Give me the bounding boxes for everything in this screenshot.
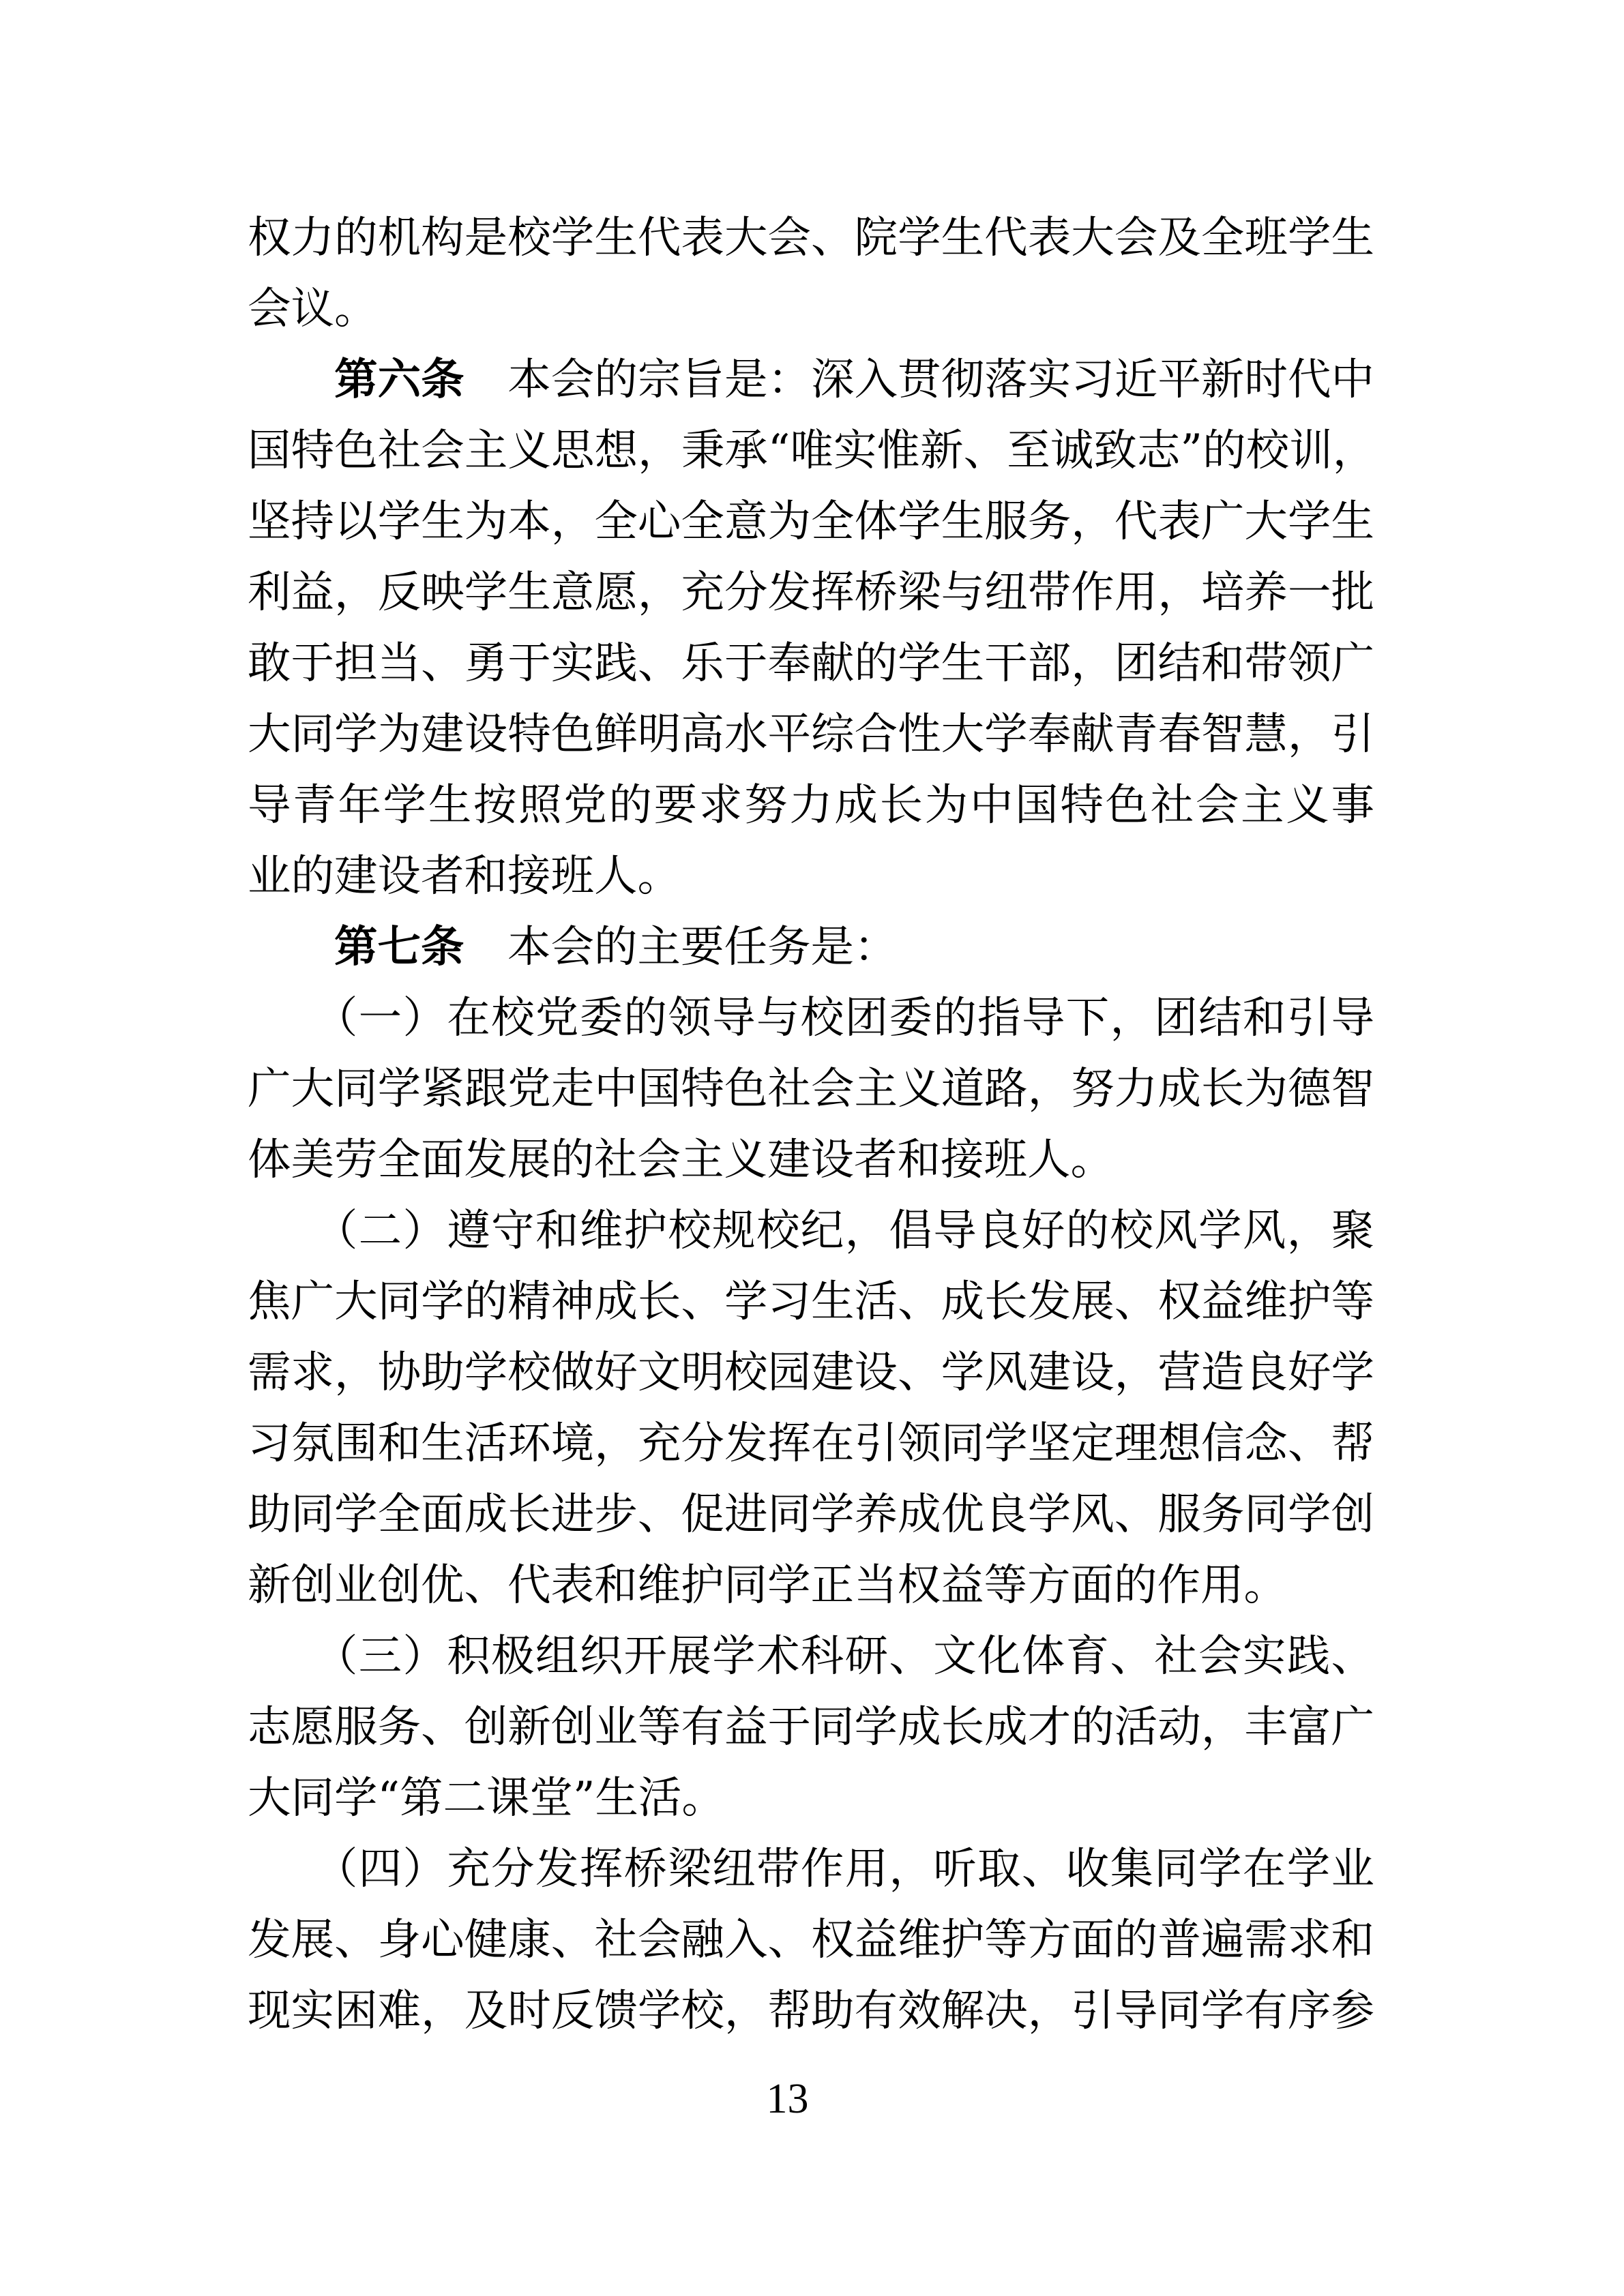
text-segment: 现实困难，及时反馈学校，帮助有效解决，引导同学有序参 [248, 1985, 1374, 2036]
text-segment: 志愿服务、创新创业等有益于同学成长成才的活动，丰富广 [248, 1701, 1374, 1752]
text-line: 坚持以学生为本，全心全意为全体学生服务，代表广大学生 [248, 486, 1374, 556]
text-segment: 需求，协助学校做好文明校园建设、学风建设，营造良好学 [248, 1347, 1374, 1397]
text-segment: 发展、身心健康、社会融入、权益维护等方面的普遍需求和 [248, 1914, 1374, 1965]
page-number: 13 [0, 2074, 1575, 2123]
text-line: 发展、身心健康、社会融入、权益维护等方面的普遍需求和 [248, 1904, 1374, 1975]
text-line: （二）遵守和维护校规校纪，倡导良好的校风学风，聚 [248, 1195, 1374, 1266]
text-segment: 业的建设者和接班人。 [248, 850, 681, 901]
text-segment: （二）遵守和维护校规校纪，倡导良好的校风学风，聚 [248, 1205, 1374, 1255]
article-number-heading: 第六条 [334, 353, 464, 404]
text-segment [248, 354, 334, 404]
document-body: 权力的机构是校学生代表大会、院学生代表大会及全班学生会议。 第六条 本会的宗旨是… [248, 202, 1374, 2046]
text-line: 敢于担当、勇于实践、乐于奉献的学生干部，团结和带领广 [248, 627, 1374, 698]
text-segment: （一）在校党委的领导与校团委的指导下，团结和引导 [248, 992, 1374, 1043]
text-segment: （三）积极组织开展学术科研、文化体育、社会实践、 [248, 1630, 1374, 1681]
text-segment [248, 921, 334, 972]
document-page: 权力的机构是校学生代表大会、院学生代表大会及全班学生会议。 第六条 本会的宗旨是… [0, 0, 1624, 2296]
text-segment: 会议。 [248, 283, 378, 333]
text-line: 大同学“第二课堂”生活。 [248, 1762, 1374, 1833]
text-line: 助同学全面成长进步、促进同学养成优良学风、服务同学创 [248, 1478, 1374, 1549]
text-line: 焦广大同学的精神成长、学习生活、成长发展、权益维护等 [248, 1266, 1374, 1337]
text-line: （三）积极组织开展学术科研、文化体育、社会实践、 [248, 1620, 1374, 1691]
text-line: 利益，反映学生意愿，充分发挥桥梁与纽带作用，培养一批 [248, 556, 1374, 627]
text-line: 第七条 本会的主要任务是： [248, 911, 1374, 982]
text-line: 新创业创优、代表和维护同学正当权益等方面的作用。 [248, 1549, 1374, 1620]
text-line: 需求，协助学校做好文明校园建设、学风建设，营造良好学 [248, 1337, 1374, 1407]
text-segment: 体美劳全面发展的社会主义建设者和接班人。 [248, 1134, 1114, 1184]
text-line: 第六条 本会的宗旨是：深入贯彻落实习近平新时代中 [248, 344, 1374, 415]
text-segment: 本会的宗旨是：深入贯彻落实习近平新时代中 [464, 354, 1374, 404]
text-segment: （四）充分发挥桥梁纽带作用，听取、收集同学在学业 [248, 1843, 1374, 1894]
text-segment: 习氛围和生活环境，充分发挥在引领同学坚定理想信念、帮 [248, 1418, 1374, 1468]
text-segment: 敢于担当、勇于实践、乐于奉献的学生干部，团结和带领广 [248, 638, 1374, 688]
text-segment: 坚持以学生为本，全心全意为全体学生服务，代表广大学生 [248, 496, 1374, 546]
text-segment: 权力的机构是校学生代表大会、院学生代表大会及全班学生 [248, 212, 1374, 263]
text-line: 志愿服务、创新创业等有益于同学成长成才的活动，丰富广 [248, 1691, 1374, 1762]
text-segment: 助同学全面成长进步、促进同学养成优良学风、服务同学创 [248, 1489, 1374, 1539]
text-segment: 大同学为建设特色鲜明高水平综合性大学奉献青春智慧，引 [248, 709, 1374, 759]
text-segment: 焦广大同学的精神成长、学习生活、成长发展、权益维护等 [248, 1276, 1374, 1326]
text-line: 大同学为建设特色鲜明高水平综合性大学奉献青春智慧，引 [248, 698, 1374, 769]
text-line: 会议。 [248, 273, 1374, 344]
text-segment: 本会的主要任务是： [464, 921, 898, 972]
text-segment: 国特色社会主义思想，秉承“唯实惟新、至诚致志”的校训， [248, 425, 1374, 475]
text-segment: 大同学“第二课堂”生活。 [248, 1772, 725, 1823]
text-line: （一）在校党委的领导与校团委的指导下，团结和引导 [248, 982, 1374, 1053]
text-line: 业的建设者和接班人。 [248, 840, 1374, 911]
text-line: 现实困难，及时反馈学校，帮助有效解决，引导同学有序参 [248, 1975, 1374, 2046]
text-segment: 广大同学紧跟党走中国特色社会主义道路，努力成长为德智 [248, 1063, 1374, 1114]
text-line: （四）充分发挥桥梁纽带作用，听取、收集同学在学业 [248, 1833, 1374, 1904]
text-line: 导青年学生按照党的要求努力成长为中国特色社会主义事 [248, 769, 1374, 840]
text-line: 体美劳全面发展的社会主义建设者和接班人。 [248, 1124, 1374, 1195]
text-segment: 新创业创优、代表和维护同学正当权益等方面的作用。 [248, 1560, 1287, 1610]
text-line: 国特色社会主义思想，秉承“唯实惟新、至诚致志”的校训， [248, 415, 1374, 486]
text-line: 习氛围和生活环境，充分发挥在引领同学坚定理想信念、帮 [248, 1407, 1374, 1478]
text-segment: 导青年学生按照党的要求努力成长为中国特色社会主义事 [248, 779, 1374, 830]
text-segment: 利益，反映学生意愿，充分发挥桥梁与纽带作用，培养一批 [248, 567, 1374, 617]
text-line: 权力的机构是校学生代表大会、院学生代表大会及全班学生 [248, 202, 1374, 273]
article-number-heading: 第七条 [334, 921, 464, 972]
text-line: 广大同学紧跟党走中国特色社会主义道路，努力成长为德智 [248, 1053, 1374, 1124]
